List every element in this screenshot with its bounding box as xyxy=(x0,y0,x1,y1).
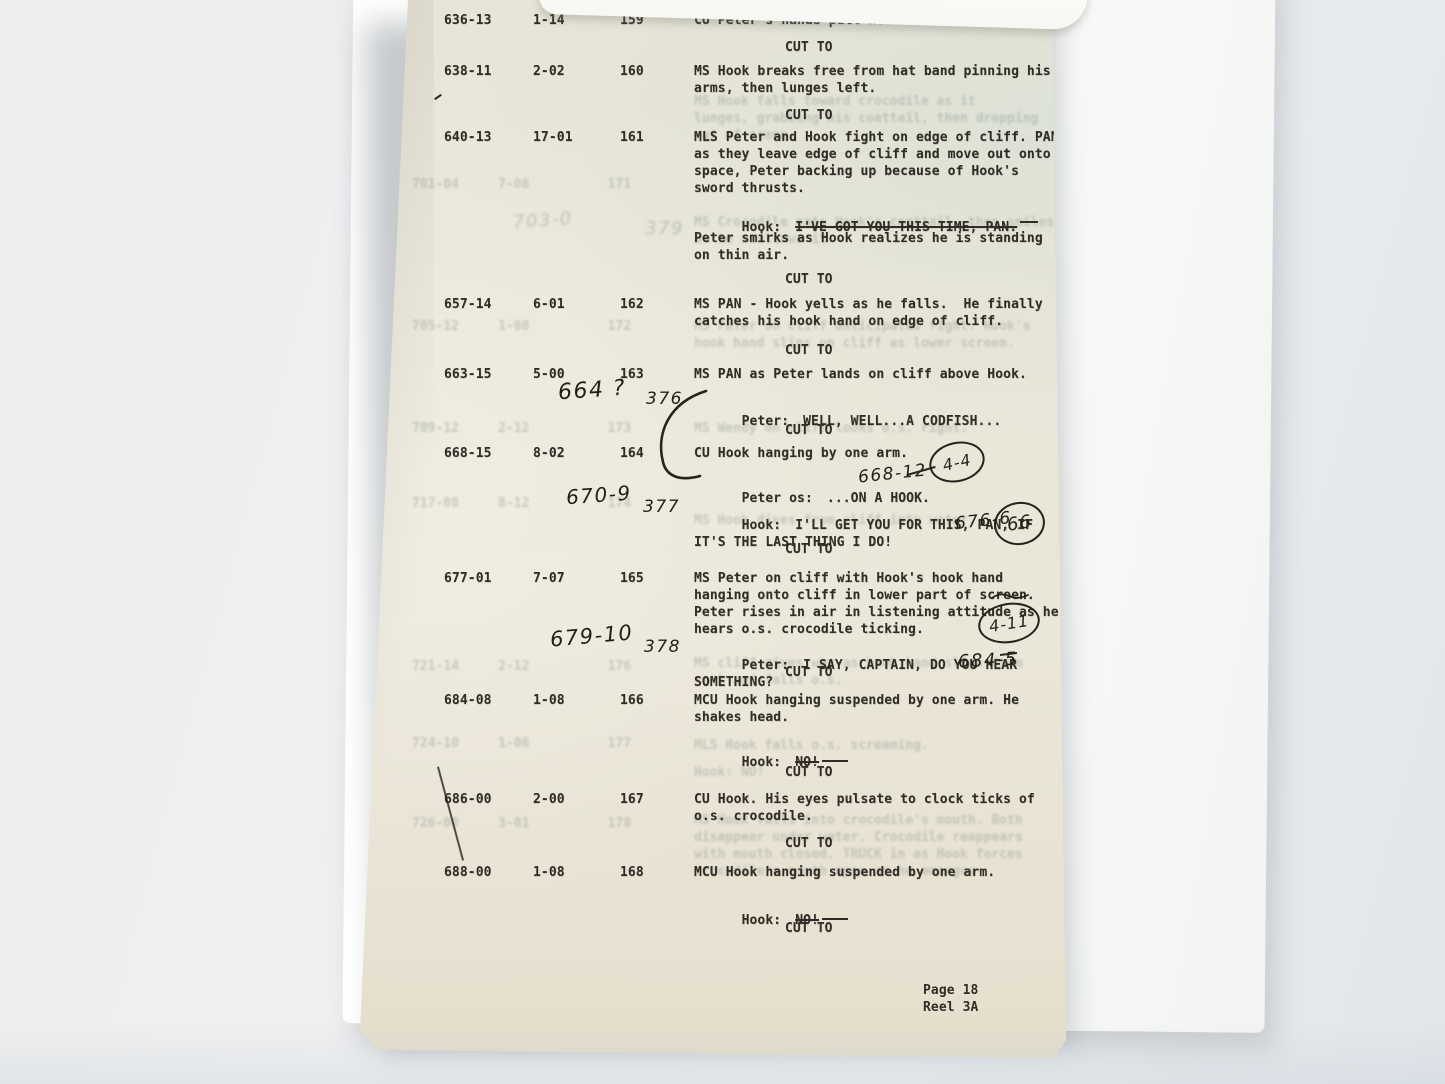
pen-stroke-line xyxy=(437,766,464,860)
ghost-text: disappear under water. Crocodile reappea… xyxy=(694,829,1023,846)
ghost-text: 724-10 1-06 177 xyxy=(412,735,631,752)
scene-number: 640-13 xyxy=(444,129,492,146)
scene-description: MS PAN as Peter lands on cliff above Hoo… xyxy=(694,366,1066,383)
handwritten-679-10: 679-10 xyxy=(549,620,634,651)
page-number: Page 18 xyxy=(923,982,979,999)
dialogue-speaker: Hook: xyxy=(742,755,782,770)
ghost-text: 709-12 2-12 173 xyxy=(412,420,631,437)
scene-length: 2-02 xyxy=(533,63,565,80)
pen-strike-tail xyxy=(822,918,848,920)
dialogue-line: Hook:NO! xyxy=(694,895,1066,946)
ghost-text: 701-04 7-08 171 xyxy=(412,176,631,193)
cut-to-label: CUT TO xyxy=(785,272,833,287)
scene-number: 684-08 xyxy=(444,692,492,709)
ghost-handwriting: 379 xyxy=(645,218,684,239)
scene-description: MCU Hook hanging suspended by one arm. H… xyxy=(694,692,1066,726)
ghost-text: hook hand slips on cliff as lower screen… xyxy=(694,335,1015,352)
dialogue-line: Peter:WELL, WELL...A CODFISH... xyxy=(694,396,1066,447)
scene-sequence: 160 xyxy=(620,63,644,80)
cut-to-label: CUT TO xyxy=(785,542,833,557)
dialogue-speaker: Peter: xyxy=(742,414,790,429)
ghost-text: with mouth closed. TRUCK in as Hook forc… xyxy=(694,846,1023,863)
photo-backdrop: MS Hook falls toward crocodile as it lun… xyxy=(0,0,1445,1084)
cut-to-label: CUT TO xyxy=(785,40,833,55)
ghost-handwriting: 703-0 xyxy=(512,208,573,233)
cut-to-label: CUT TO xyxy=(785,921,833,936)
scene-sequence: 167 xyxy=(620,791,644,808)
scene-number: 668-15 xyxy=(444,445,492,462)
scene-sequence: 165 xyxy=(620,570,644,587)
scene-sequence: 161 xyxy=(620,129,644,146)
cut-to-label: CUT TO xyxy=(785,665,833,680)
scene-number: 677-01 xyxy=(444,570,492,587)
ghost-text: lunges, grabbing his coattail, then drop… xyxy=(694,110,1038,127)
ghost-text: 721-14 2-12 176 xyxy=(412,658,631,675)
scene-length: 1-14 xyxy=(533,12,565,29)
cut-to-label: CUT TO xyxy=(785,836,833,851)
cut-to-label: CUT TO xyxy=(785,108,833,123)
scene-description: MCU Hook hanging suspended by one arm. xyxy=(694,864,1066,881)
handwritten-670-9: 670-9 xyxy=(565,481,632,510)
scene-description: CU Hook hanging by one arm. xyxy=(694,445,1066,462)
action-text: Peter smirks as Hook realizes he is stan… xyxy=(694,230,1066,264)
pen-strike-tail xyxy=(1020,221,1038,223)
dialogue-speaker: Hook: xyxy=(742,913,782,928)
dialogue-speaker: Hook: xyxy=(742,518,782,533)
scene-description: CU Hook. His eyes pulsate to clock ticks… xyxy=(694,791,1066,825)
handwritten-footage-664: 664 ? xyxy=(557,376,627,406)
dialogue-line: Hook:NO! xyxy=(694,737,1066,788)
scene-number: 686-00 xyxy=(444,791,492,808)
handwritten-378: 378 xyxy=(644,637,681,657)
pen-tick-mark xyxy=(434,94,442,100)
ghost-text: 705-12 1-00 172 xyxy=(412,318,631,335)
scene-sequence: 168 xyxy=(620,864,644,881)
scene-length: 7-07 xyxy=(533,570,565,587)
scene-number: 663-15 xyxy=(444,366,492,383)
scene-length: 8-02 xyxy=(533,445,565,462)
ghost-text: 726-00 3-01 178 xyxy=(412,815,631,832)
scene-length: 1-08 xyxy=(533,864,565,881)
scene-number: 688-00 xyxy=(444,864,492,881)
cut-to-label: CUT TO xyxy=(785,423,833,438)
pen-strike-tail xyxy=(822,760,848,762)
dialogue-speaker: Peter: xyxy=(742,658,790,673)
scene-description: MS Hook breaks free from hat band pinnin… xyxy=(694,63,1066,97)
scene-sequence: 162 xyxy=(620,296,644,313)
cut-to-label: CUT TO xyxy=(785,343,833,358)
handwritten-377: 377 xyxy=(643,497,680,517)
scene-description: MS PAN - Hook yells as he falls. He fina… xyxy=(694,296,1066,330)
scene-sequence: 164 xyxy=(620,445,644,462)
scene-length: 2-00 xyxy=(533,791,565,808)
reel-number: Reel 3A xyxy=(923,999,979,1016)
scene-number: 657-14 xyxy=(444,296,492,313)
scene-length: 6-01 xyxy=(533,296,565,313)
scene-sequence: 166 xyxy=(620,692,644,709)
scene-description: MLS Peter and Hook fight on edge of clif… xyxy=(694,129,1066,197)
cut-to-label: CUT TO xyxy=(785,765,833,780)
pen-squiggle xyxy=(990,591,1030,601)
scene-number: 638-11 xyxy=(444,63,492,80)
pen-bracket-curve xyxy=(648,388,712,488)
scene-length: 1-08 xyxy=(533,692,565,709)
scene-length: 17-01 xyxy=(533,129,573,146)
scene-number: 636-13 xyxy=(444,12,492,29)
